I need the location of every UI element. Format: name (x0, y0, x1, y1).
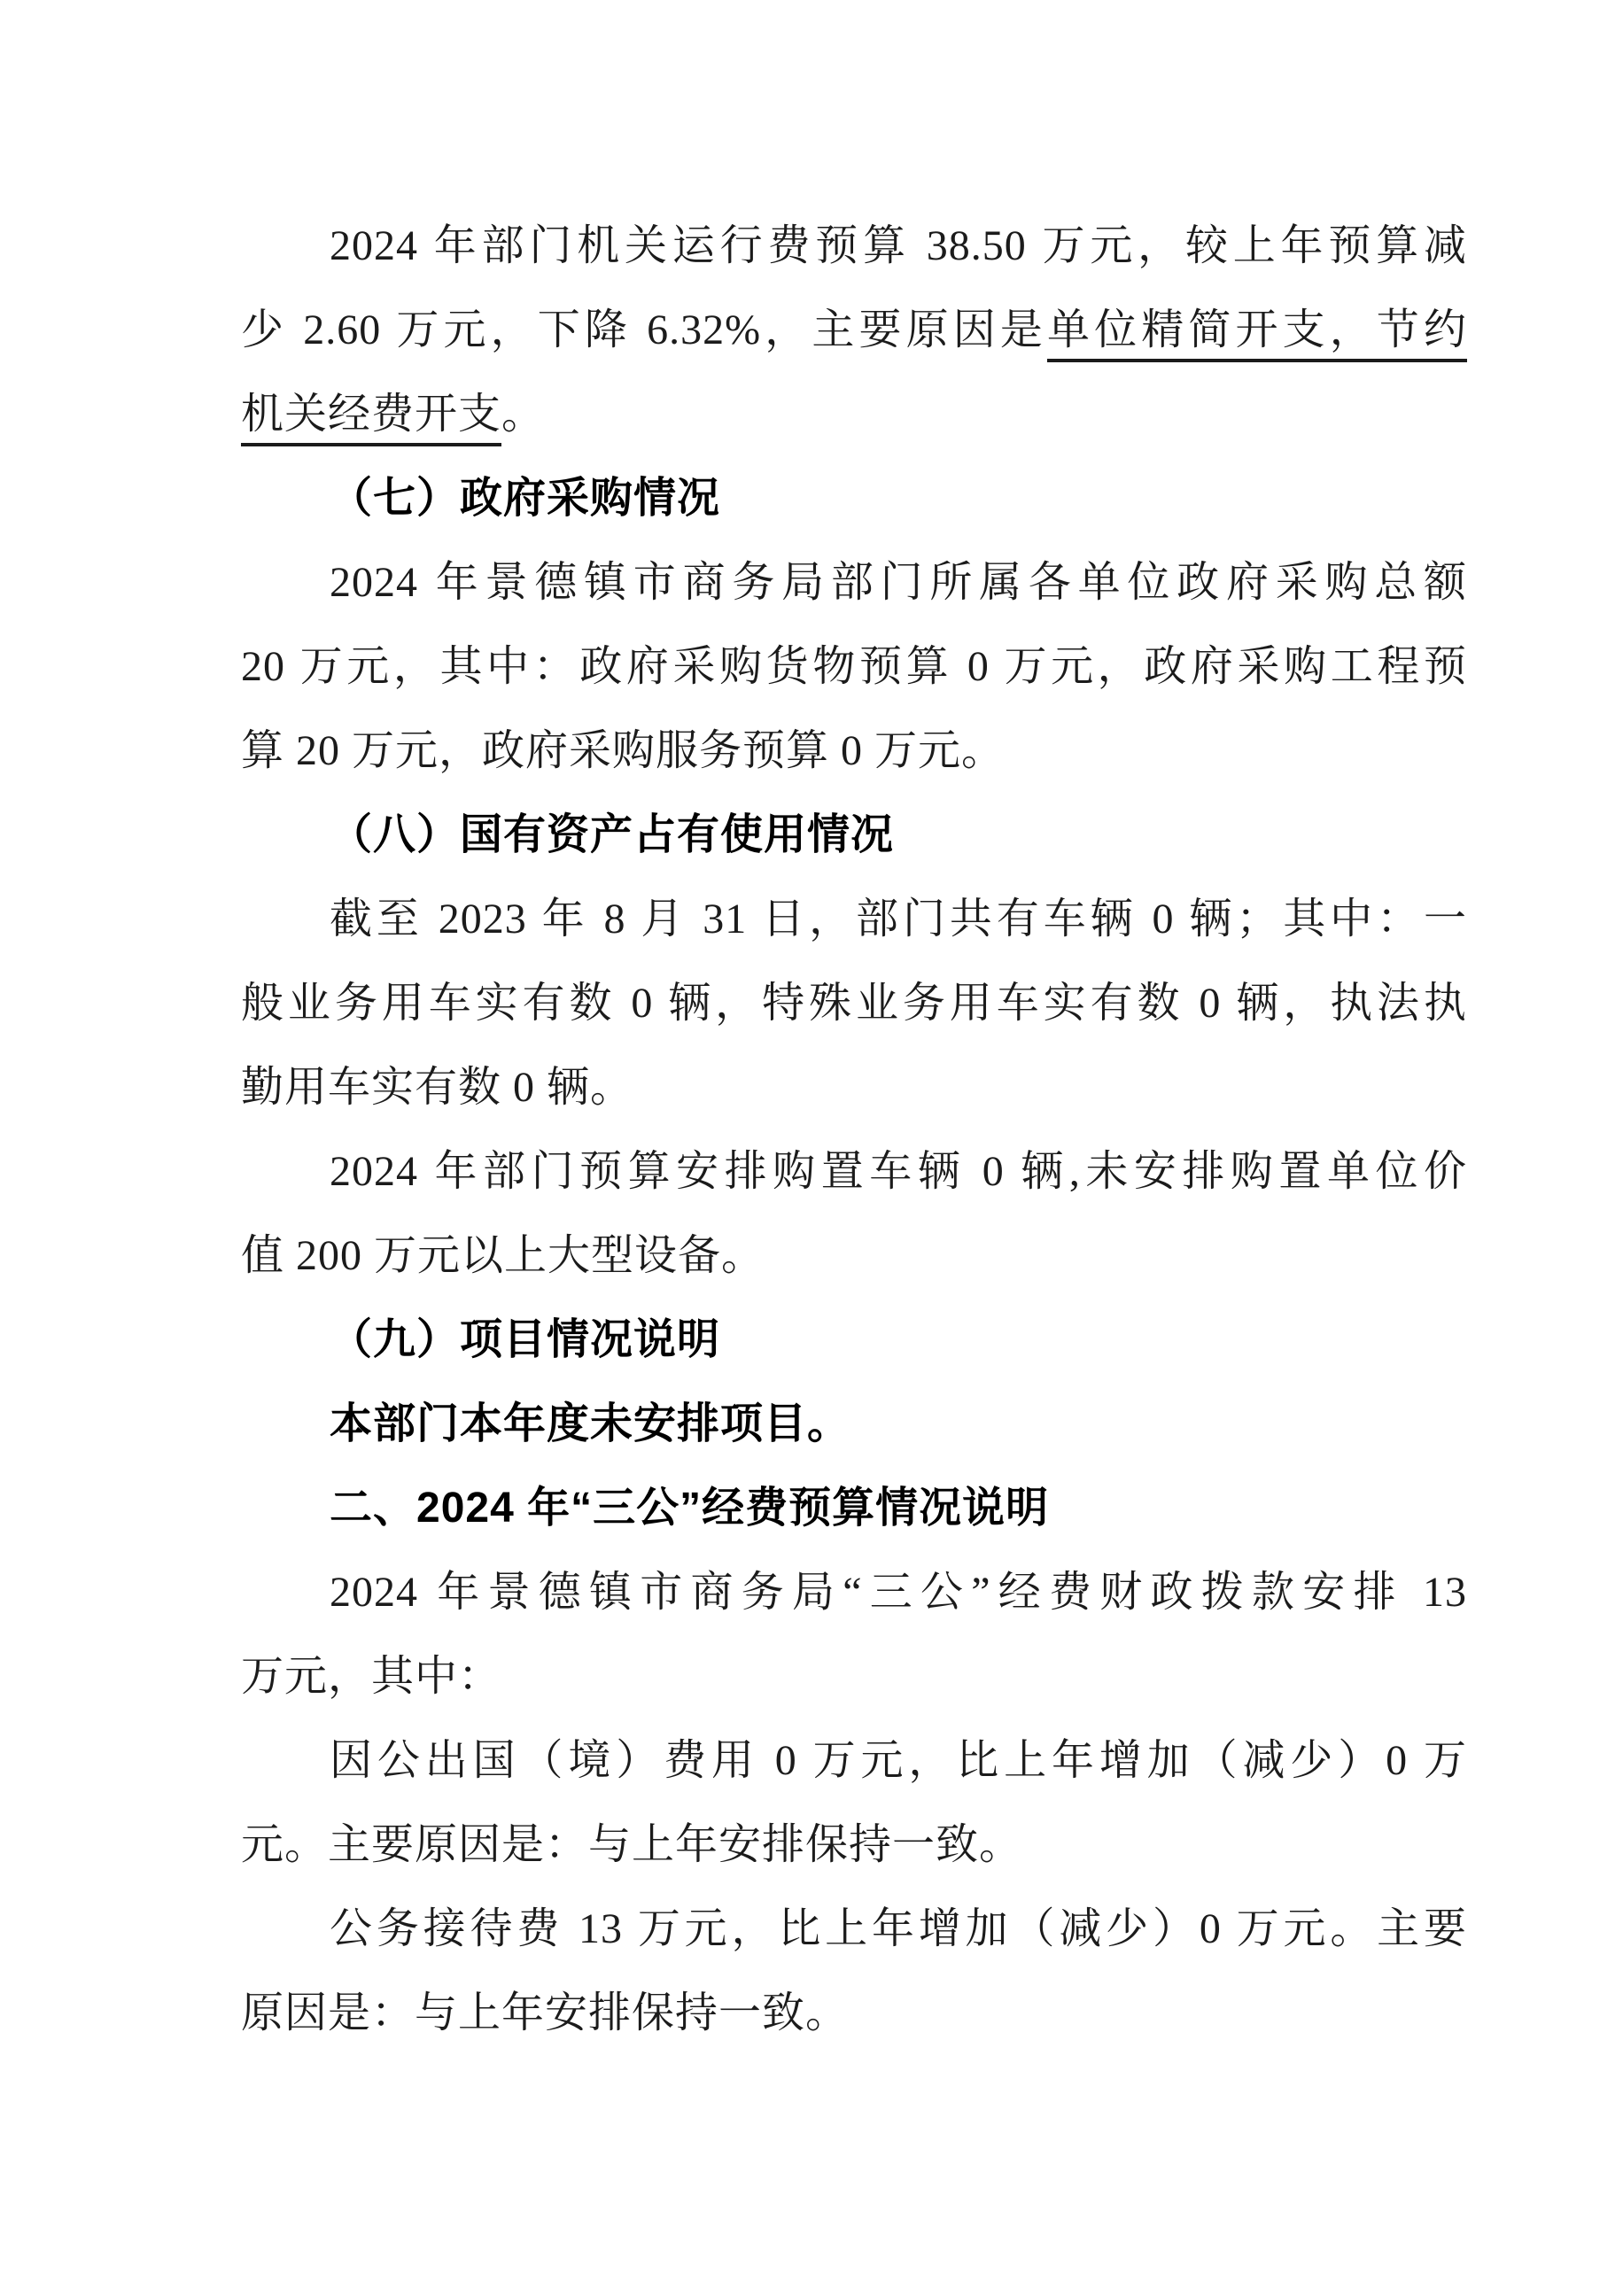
underlined-text-segment: 机关经费开支 (241, 391, 501, 446)
text-segment: （七）政府采购情况 (330, 475, 720, 522)
heading-section-8: （八）国有资产占有使用情况 (241, 793, 1467, 877)
para-reception-line2: 原因是：与上年安排保持一致。 (241, 1971, 1467, 2055)
para-operating-cost-line3: 机关经费开支。 (241, 372, 1467, 456)
text-segment: 2024 年景德镇市商务局“三公”经费财政拨款安排 13 (330, 1569, 1467, 1616)
text-segment: 2024 年部门机关运行费预算 38.50 万元，较上年预算减 (330, 222, 1467, 269)
para-operating-cost-line1: 2024 年部门机关运行费预算 38.50 万元，较上年预算减 (241, 204, 1467, 288)
para-assets-line3: 勤用车实有数 0 辆。 (241, 1045, 1467, 1129)
text-segment: 公务接待费 13 万元，比上年增加（减少）0 万元。主要 (330, 1905, 1467, 1952)
text-segment: 勤用车实有数 0 辆。 (241, 1064, 633, 1111)
text-segment: 20 万元，其中：政府采购货物预算 0 万元，政府采购工程预 (241, 643, 1467, 690)
para-vehicle-purchase-line1: 2024 年部门预算安排购置车辆 0 辆,未安排购置单位价 (241, 1129, 1467, 1214)
heading-section-7: （七）政府采购情况 (241, 456, 1467, 540)
underlined-text-segment: 单位精简开支，节约 (1047, 306, 1467, 362)
para-abroad-line1: 因公出国（境）费用 0 万元，比上年增加（减少）0 万 (241, 1718, 1467, 1803)
text-segment: 二、2024 年“三公”经费预算情况说明 (330, 1485, 1049, 1532)
text-segment: 。 (501, 391, 545, 438)
text-segment: 因公出国（境）费用 0 万元，比上年增加（减少）0 万 (330, 1737, 1467, 1784)
para-sangong-total-line2: 万元，其中： (241, 1634, 1467, 1718)
text-segment: 算 20 万元，政府采购服务预算 0 万元。 (241, 727, 1005, 774)
text-segment: 值 200 万元以上大型设备。 (241, 1232, 765, 1279)
para-assets-line1: 截至 2023 年 8 月 31 日，部门共有车辆 0 辆；其中：一 (241, 877, 1467, 961)
text-segment: 截至 2023 年 8 月 31 日，部门共有车辆 0 辆；其中：一 (330, 896, 1467, 942)
text-segment: （九）项目情况说明 (330, 1316, 720, 1363)
text-segment: 般业务用车实有数 0 辆，特殊业务用车实有数 0 辆，执法执 (241, 980, 1467, 1027)
para-abroad-line2: 元。主要原因是：与上年安排保持一致。 (241, 1803, 1467, 1887)
para-sangong-total-line1: 2024 年景德镇市商务局“三公”经费财政拨款安排 13 (241, 1550, 1467, 1634)
para-procurement-line2: 20 万元，其中：政府采购货物预算 0 万元，政府采购工程预 (241, 624, 1467, 709)
heading-section-2: 二、2024 年“三公”经费预算情况说明 (241, 1466, 1467, 1550)
para-operating-cost-line2: 少 2.60 万元，下降 6.32%，主要原因是单位精简开支，节约 (241, 288, 1467, 372)
text-block: 2024 年部门机关运行费预算 38.50 万元，较上年预算减少 2.60 万元… (241, 204, 1467, 2055)
text-segment: （八）国有资产占有使用情况 (330, 811, 894, 858)
para-procurement-line3: 算 20 万元，政府采购服务预算 0 万元。 (241, 709, 1467, 793)
para-assets-line2: 般业务用车实有数 0 辆，特殊业务用车实有数 0 辆，执法执 (241, 961, 1467, 1045)
para-reception-line1: 公务接待费 13 万元，比上年增加（减少）0 万元。主要 (241, 1887, 1467, 1971)
text-segment: 本部门本年度未安排项目。 (330, 1400, 850, 1447)
text-segment: 原因是：与上年安排保持一致。 (241, 1990, 849, 2036)
text-segment: 2024 年景德镇市商务局部门所属各单位政府采购总额 (330, 559, 1467, 606)
text-segment: 元。主要原因是：与上年安排保持一致。 (241, 1821, 1022, 1868)
heading-section-9: （九）项目情况说明 (241, 1298, 1467, 1382)
document-page: 2024 年部门机关运行费预算 38.50 万元，较上年预算减少 2.60 万元… (0, 0, 1623, 2296)
text-segment: 少 2.60 万元，下降 6.32%，主要原因是 (241, 306, 1047, 353)
para-no-project: 本部门本年度未安排项目。 (241, 1382, 1467, 1466)
text-segment: 万元，其中： (241, 1653, 501, 1700)
para-vehicle-purchase-line2: 值 200 万元以上大型设备。 (241, 1214, 1467, 1298)
text-segment: 2024 年部门预算安排购置车辆 0 辆,未安排购置单位价 (330, 1148, 1467, 1195)
para-procurement-line1: 2024 年景德镇市商务局部门所属各单位政府采购总额 (241, 540, 1467, 624)
